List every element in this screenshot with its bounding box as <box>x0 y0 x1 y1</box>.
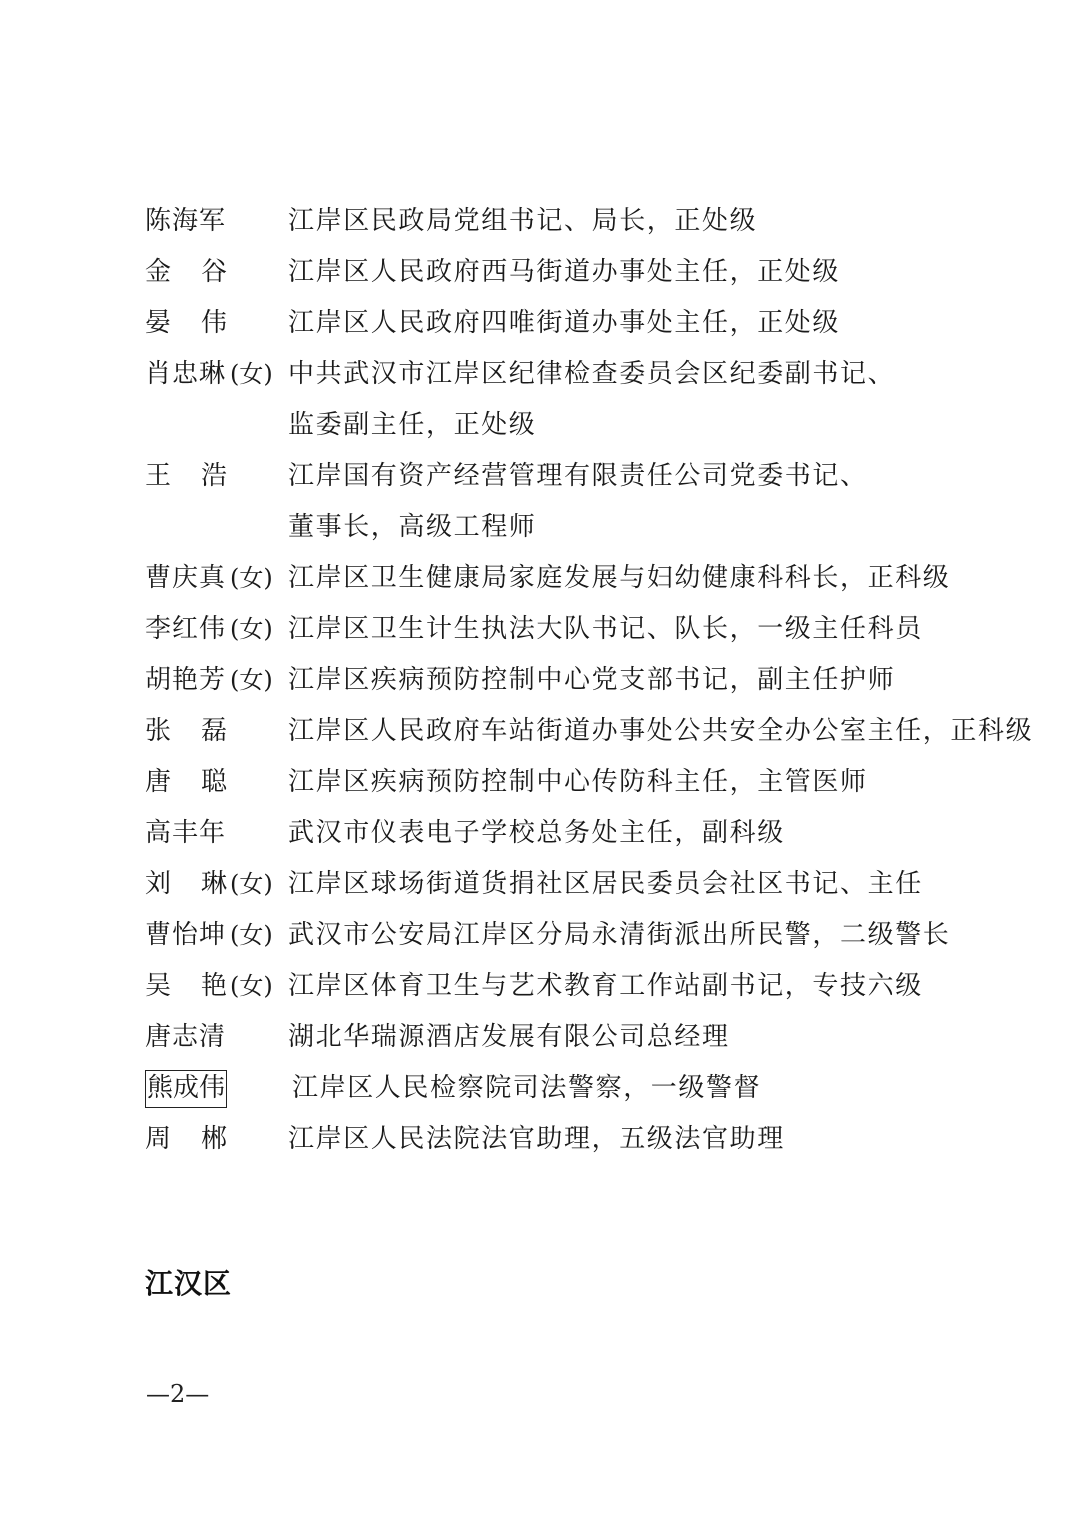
female-marker: (女) <box>230 910 273 961</box>
female-marker: (女) <box>230 859 273 910</box>
section-heading: 江汉区 <box>145 1262 232 1302</box>
person-position: 江岸国有资产经营管理有限责任公司党委书记、 <box>288 451 868 502</box>
person-position: 江岸区卫生计生执法大队书记、队长，一级主任科员 <box>288 604 923 655</box>
person-position: 江岸区体育卫生与艺术教育工作站副书记，专技六级 <box>288 961 923 1012</box>
female-marker: (女) <box>230 553 273 604</box>
person-position: 江岸区人民政府四唯街道办事处主任，正处级 <box>288 298 840 349</box>
person-position: 江岸区人民检察院司法警察，一级警督 <box>292 1063 761 1114</box>
list-item: 熊成伟 江岸区人民检察院司法警察，一级警督 <box>145 1063 965 1114</box>
list-item: 金 谷 江岸区人民政府西马街道办事处主任，正处级 <box>145 247 965 298</box>
name-char: 浩 <box>201 451 227 502</box>
person-position: 湖北华瑞源酒店发展有限公司总经理 <box>288 1012 730 1063</box>
list-item: 曹怡坤 (女) 武汉市公安局江岸区分局永清街派出所民警，二级警长 <box>145 910 965 961</box>
female-marker: (女) <box>230 604 273 655</box>
person-position: 江岸区人民政府西马街道办事处主任，正处级 <box>288 247 840 298</box>
list-item: 曹庆真 (女) 江岸区卫生健康局家庭发展与妇幼健康科科长，正科级 <box>145 553 965 604</box>
highlight-box: 熊成伟 <box>145 1070 227 1108</box>
person-position: 江岸区卫生健康局家庭发展与妇幼健康科科长，正科级 <box>288 553 950 604</box>
person-position-continued: 监委副主任，正处级 <box>288 400 536 451</box>
name-char: 磊 <box>201 706 227 757</box>
list-item: 周 郴 江岸区人民法院法官助理，五级法官助理 <box>145 1114 965 1165</box>
person-position: 江岸区人民法院法官助理，五级法官助理 <box>288 1114 785 1165</box>
personnel-list: 陈海军 江岸区民政局党组书记、局长，正处级 金 谷 江岸区人民政府西马街道办事处… <box>145 196 965 1165</box>
list-item: 高丰年 武汉市仪表电子学校总务处主任，副科级 <box>145 808 965 859</box>
name-char: 吴 <box>145 961 171 1012</box>
name-char: 谷 <box>201 247 227 298</box>
list-item: 胡艳芳 (女) 江岸区疾病预防控制中心党支部书记，副主任护师 <box>145 655 965 706</box>
document-page: 陈海军 江岸区民政局党组书记、局长，正处级 金 谷 江岸区人民政府西马街道办事处… <box>0 0 1080 1527</box>
person-position: 江岸区球场街道货捐社区居民委员会社区书记、主任 <box>288 859 923 910</box>
person-position: 江岸区疾病预防控制中心传防科主任，主管医师 <box>288 757 868 808</box>
list-item: 陈海军 江岸区民政局党组书记、局长，正处级 <box>145 196 965 247</box>
person-name: 高丰年 <box>145 808 285 859</box>
person-name: 陈海军 <box>145 196 285 247</box>
name-char: 琳 <box>201 859 227 910</box>
list-item: 刘 琳 (女) 江岸区球场街道货捐社区居民委员会社区书记、主任 <box>145 859 965 910</box>
page-number: —2— <box>146 1380 209 1408</box>
person-position: 江岸区人民政府车站街道办事处公共安全办公室主任，正科级 <box>288 706 1033 757</box>
name-char: 周 <box>145 1114 171 1165</box>
list-item: 王 浩 江岸国有资产经营管理有限责任公司党委书记、 <box>145 451 965 502</box>
person-position: 江岸区疾病预防控制中心党支部书记，副主任护师 <box>288 655 895 706</box>
list-item: 张 磊 江岸区人民政府车站街道办事处公共安全办公室主任，正科级 <box>145 706 965 757</box>
female-marker: (女) <box>230 655 273 706</box>
person-name: 唐志清 <box>145 1012 285 1063</box>
person-position: 武汉市公安局江岸区分局永清街派出所民警，二级警长 <box>288 910 950 961</box>
list-item: 肖忠琳 (女) 中共武汉市江岸区纪律检查委员会区纪委副书记、 <box>145 349 965 400</box>
list-item: 李红伟 (女) 江岸区卫生计生执法大队书记、队长，一级主任科员 <box>145 604 965 655</box>
name-char: 唐 <box>145 757 171 808</box>
list-item: 唐志清 湖北华瑞源酒店发展有限公司总经理 <box>145 1012 965 1063</box>
person-name-boxed: 熊成伟 <box>145 1063 285 1114</box>
person-position-continued: 董事长，高级工程师 <box>288 502 536 553</box>
female-marker: (女) <box>230 961 273 1012</box>
name-char: 王 <box>145 451 171 502</box>
person-position: 江岸区民政局党组书记、局长，正处级 <box>288 196 757 247</box>
name-char: 金 <box>145 247 171 298</box>
name-char: 晏 <box>145 298 171 349</box>
person-position: 中共武汉市江岸区纪律检查委员会区纪委副书记、 <box>288 349 895 400</box>
list-item: 晏 伟 江岸区人民政府四唯街道办事处主任，正处级 <box>145 298 965 349</box>
female-marker: (女) <box>230 349 273 400</box>
name-char: 聪 <box>201 757 227 808</box>
name-char: 张 <box>145 706 171 757</box>
list-item-continuation: 监委副主任，正处级 <box>145 400 965 451</box>
list-item: 唐 聪 江岸区疾病预防控制中心传防科主任，主管医师 <box>145 757 965 808</box>
person-position: 武汉市仪表电子学校总务处主任，副科级 <box>288 808 785 859</box>
list-item-continuation: 董事长，高级工程师 <box>145 502 965 553</box>
name-char: 郴 <box>201 1114 227 1165</box>
list-item: 吴 艳 (女) 江岸区体育卫生与艺术教育工作站副书记，专技六级 <box>145 961 965 1012</box>
name-char: 艳 <box>201 961 227 1012</box>
name-char: 伟 <box>201 298 227 349</box>
name-char: 刘 <box>145 859 171 910</box>
